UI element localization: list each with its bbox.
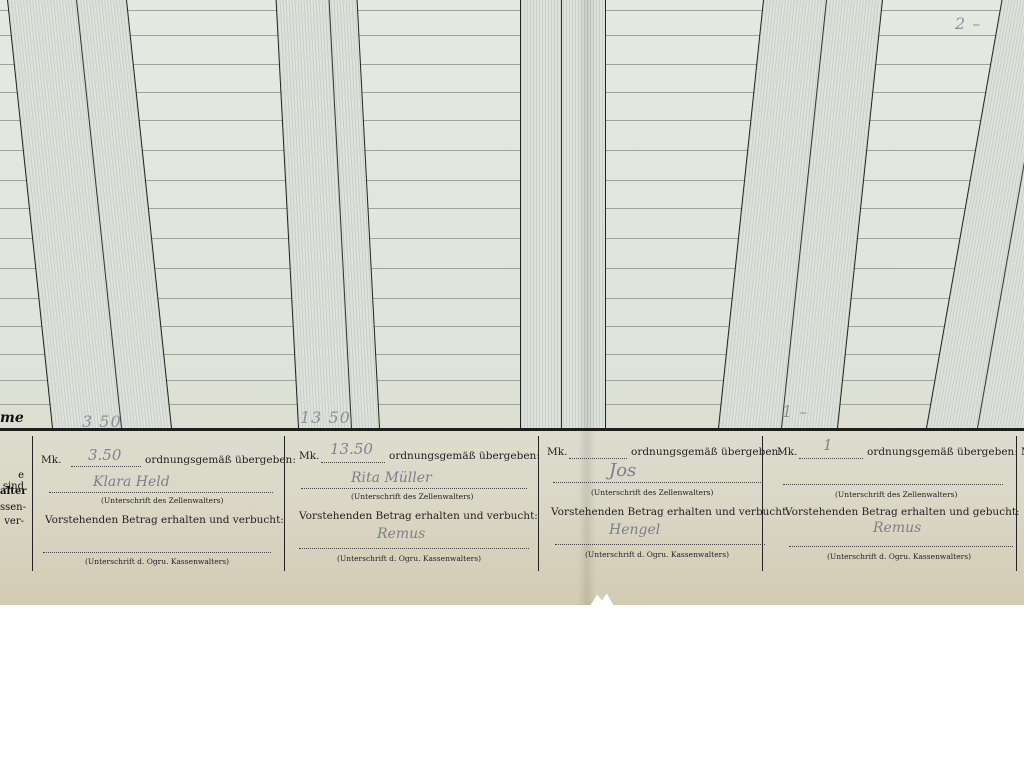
sum-value-col4: 1 – [782, 402, 808, 421]
pfennig-divider [329, 0, 352, 428]
signature-line [49, 492, 273, 493]
treasurer-caption: (Unterschrift d. Ogru. Kassenwalters) [337, 554, 481, 563]
handed-over-text: ordnungsgemäß übergeben: [145, 454, 296, 466]
amount-value: 3.50 [88, 446, 121, 464]
treasurer-signature: Hengel [609, 522, 660, 538]
cell-warden-caption: (Unterschrift des Zellenwalters) [101, 496, 223, 505]
pfennig-divider [781, 0, 827, 428]
signature-line [783, 484, 1003, 485]
ruled-line [0, 120, 1024, 121]
ruled-line [0, 180, 1024, 181]
margin-text: alter [0, 486, 24, 497]
amount-value: 1 [823, 436, 833, 454]
received-text: Vorstehenden Betrag erhalten und verbuch… [551, 506, 790, 518]
ruled-line [0, 208, 1024, 209]
margin-text: ver- [0, 516, 24, 527]
sum-row-label: me [0, 410, 24, 426]
amount-value: 13.50 [330, 440, 373, 458]
currency-label: Mk. [777, 446, 797, 458]
received-text: Vorstehenden Betrag erhalten und verbuch… [45, 514, 284, 526]
receipt-block-3: Mk. ordnungsgemäß übergeben: Jos (Unters… [538, 436, 761, 571]
amount-line [321, 462, 385, 463]
receipt-block-2: Mk. 13.50 ordnungsgemäß übergeben: Rita … [284, 436, 537, 571]
treasurer-signature: Remus [873, 520, 921, 536]
sum-row-rule [0, 428, 1024, 431]
received-text: Vorstehenden Betrag erhalten und verbuch… [299, 510, 538, 522]
amount-line [71, 466, 141, 467]
treasurer-caption: (Unterschrift d. Ogru. Kassenwalters) [85, 557, 229, 566]
pfennig-divider [76, 0, 122, 428]
cell-warden-signature: Rita Müller [351, 470, 432, 486]
cell-warden-caption: (Unterschrift des Zellenwalters) [591, 488, 713, 497]
cell-warden-signature: Jos [609, 460, 636, 481]
signature-line [43, 552, 271, 553]
amount-line [799, 458, 863, 459]
handed-over-text: ordnungsgemäß übergeben: [389, 450, 540, 462]
treasurer-signature: Remus [377, 526, 425, 542]
signature-line [301, 488, 527, 489]
signature-line [553, 482, 761, 483]
handed-over-text: ordnungsgemäß übergeben: [631, 446, 782, 458]
cell-warden-caption: (Unterschrift des Zellenwalters) [835, 490, 957, 499]
currency-label: Mk. [299, 450, 319, 462]
ruled-line [0, 238, 1024, 239]
handed-over-text: ordnungsgemäß übergeben: [867, 446, 1018, 458]
receipt-block-1: Mk. 3.50 ordnungsgemäß übergeben: Klara … [32, 436, 283, 571]
treasurer-caption: (Unterschrift d. Ogru. Kassenwalters) [827, 552, 971, 561]
currency-label: Mk. [547, 446, 567, 458]
ruled-line [0, 150, 1024, 151]
top-right-value: 2 – [955, 14, 981, 33]
cell-warden-caption: (Unterschrift des Zellenwalters) [351, 492, 473, 501]
cell-warden-signature: Klara Held [93, 474, 170, 490]
received-text: Vorstehenden Betrag erhalten und gebucht… [785, 506, 1020, 518]
treasurer-caption: (Unterschrift d. Ogru. Kassenwalters) [585, 550, 729, 559]
signature-line [555, 544, 765, 545]
pfennig-divider [561, 0, 562, 428]
signature-line [299, 548, 529, 549]
currency-label: Mk. [41, 454, 61, 466]
signature-line [789, 546, 1013, 547]
sum-value-col2: 13 50 [300, 408, 351, 427]
sum-value-col1: 3 50 [82, 412, 122, 431]
margin-text: ssen- [0, 502, 24, 513]
amount-line [569, 458, 627, 459]
ledger-sheet: me 3 50 13 50 1 – 2 – e sind alter ssen-… [0, 0, 1024, 605]
receipt-block-4: Mk. 1 ordnungsgemäß übergeben: (Untersch… [762, 436, 1013, 571]
receipt-block-5-edge: M [1016, 436, 1024, 571]
